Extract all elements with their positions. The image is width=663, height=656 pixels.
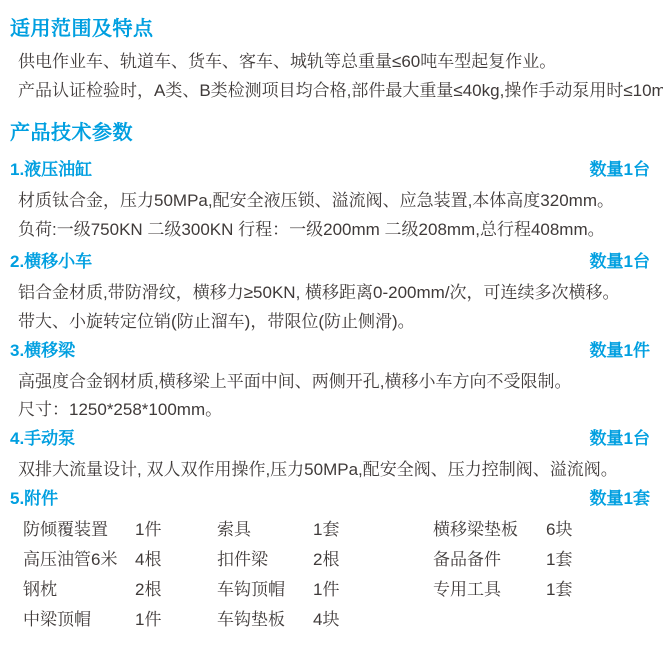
section-hand-pump: 4.手动泵 数量1台 双排大流量设计, 双人双作用操作,压力50MPa,配安全阀…: [10, 424, 650, 484]
accessory-label: 索具: [217, 515, 313, 545]
accessory-label: 横移梁垫板: [433, 515, 546, 545]
accessory-qty: 2根: [135, 575, 217, 605]
section-hydraulic-cylinder: 1.液压油缸 数量1台 材质钛合金，压力50MPa,配安全液压锁、溢流阀、应急装…: [10, 155, 650, 244]
section-line: 材质钛合金，压力50MPa,配安全液压锁、溢流阀、应急装置,本体高度320mm。: [10, 186, 650, 215]
section-line: 带大、小旋转定位销(防止溜车)，带限位(防止侧滑)。: [10, 307, 650, 336]
section-line: 铝合金材质,带防滑纹，横移力≥50KN, 横移距离0-200mm/次，可连续多次…: [10, 278, 650, 307]
section-line: 双排大流量设计, 双人双作用操作,压力50MPa,配安全阀、压力控制阀、溢流阀。: [10, 455, 650, 484]
accessory-qty: 2根: [313, 545, 433, 575]
section-quantity: 数量1台: [590, 424, 650, 454]
section-traverse-trolley: 2.横移小车 数量1台 铝合金材质,带防滑纹，横移力≥50KN, 横移距离0-2…: [10, 247, 650, 336]
accessory-label: 中梁顶帽: [23, 605, 135, 635]
section-quantity: 数量1台: [590, 247, 650, 277]
accessory-label: [433, 605, 546, 635]
accessory-qty: 6块: [546, 515, 650, 545]
section-header: 4.手动泵 数量1台: [10, 424, 650, 454]
section-quantity: 数量1套: [590, 484, 650, 514]
section-traverse-beam: 3.横移梁 数量1件 高强度合金钢材质,横移梁上平面中间、两侧开孔,横移小车方向…: [10, 336, 650, 424]
section-header: 3.横移梁 数量1件: [10, 336, 650, 366]
accessory-qty: 1套: [313, 515, 433, 545]
accessory-qty: 4块: [313, 605, 433, 635]
accessory-label: 专用工具: [433, 575, 546, 605]
accessory-qty: 1件: [135, 515, 217, 545]
product-spec-sheet: 适用范围及特点 供电作业车、轨道车、货车、客车、城轨等总重量≤60吨车型起复作业…: [0, 0, 663, 656]
intro-title: 适用范围及特点: [10, 14, 650, 44]
accessory-label: 防倾覆装置: [23, 515, 135, 545]
accessory-label: 车钩垫板: [217, 605, 313, 635]
accessory-qty: 1套: [546, 575, 650, 605]
intro-line-2: 产品认证检验时，A类、B类检测项目均合格,部件最大重量≤40kg,操作手动泵用时…: [10, 76, 650, 105]
accessory-qty: 1套: [546, 545, 650, 575]
accessory-qty: 1件: [313, 575, 433, 605]
section-header: 1.液压油缸 数量1台: [10, 155, 650, 185]
specs-title: 产品技术参数: [10, 118, 650, 148]
section-quantity: 数量1台: [590, 155, 650, 185]
section-header: 2.横移小车 数量1台: [10, 247, 650, 277]
section-name: 3.横移梁: [10, 336, 75, 366]
accessory-qty: [546, 605, 650, 635]
accessory-label: 钢枕: [23, 575, 135, 605]
section-name: 1.液压油缸: [10, 155, 92, 185]
section-accessories: 5.附件 数量1套 防倾覆装置 1件 索具 1套 横移梁垫板 6块 高压油管6米…: [10, 484, 650, 635]
section-line: 高强度合金钢材质,横移梁上平面中间、两侧开孔,横移小车方向不受限制。: [10, 367, 650, 396]
section-quantity: 数量1件: [590, 336, 650, 366]
section-name: 5.附件: [10, 484, 58, 514]
accessory-label: 高压油管6米: [23, 545, 135, 575]
intro-line-1: 供电作业车、轨道车、货车、客车、城轨等总重量≤60吨车型起复作业。: [10, 47, 650, 76]
section-line: 负荷:一级750KN 二级300KN 行程：一级200mm 二级208mm,总行…: [10, 215, 650, 244]
accessory-label: 备品备件: [433, 545, 546, 575]
accessories-table: 防倾覆装置 1件 索具 1套 横移梁垫板 6块 高压油管6米 4根 扣件梁 2根…: [10, 515, 650, 635]
accessory-label: 扣件梁: [217, 545, 313, 575]
section-line: 尺寸：1250*258*100mm。: [10, 396, 650, 424]
accessory-qty: 4根: [135, 545, 217, 575]
section-name: 4.手动泵: [10, 424, 75, 454]
accessory-label: 车钩顶帽: [217, 575, 313, 605]
section-name: 2.横移小车: [10, 247, 92, 277]
section-header: 5.附件 数量1套: [10, 484, 650, 514]
accessory-qty: 1件: [135, 605, 217, 635]
